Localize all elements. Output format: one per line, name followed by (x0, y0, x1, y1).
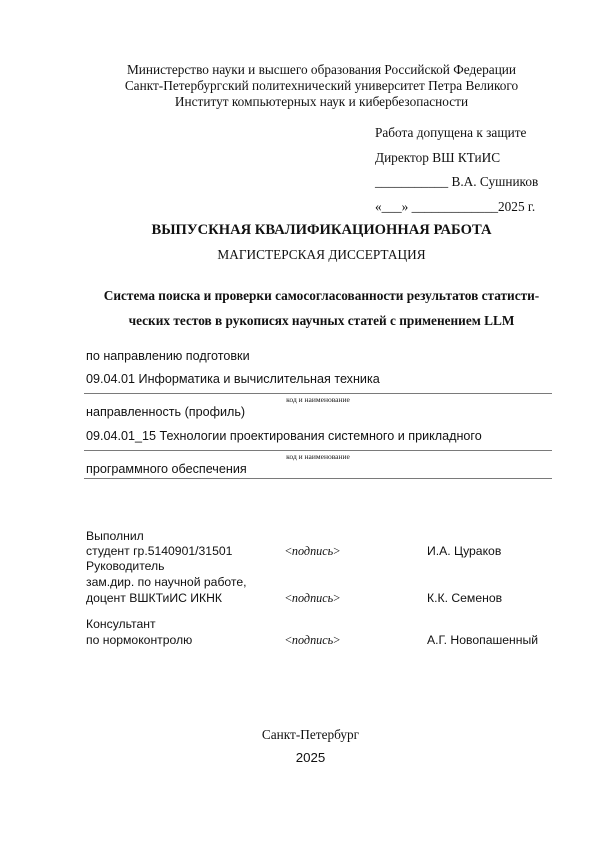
degree-subtitle: МАГИСТЕРСКАЯ ДИССЕРТАЦИЯ (24, 247, 595, 263)
consultant-role: Консультант (86, 617, 156, 632)
approval-admitted: Работа допущена к защите (375, 125, 526, 141)
performer-role: Выполнил (86, 529, 144, 544)
consultant-name: А.Г. Новопашенный (427, 633, 538, 647)
footer-year: 2025 (13, 750, 595, 765)
signature-word: подпись (292, 591, 333, 605)
footer-city: Санкт-Петербург (13, 727, 595, 743)
direction-underline (84, 393, 552, 394)
university-name: Санкт-Петербургский политехнический унив… (24, 78, 595, 94)
supervisor-name: К.К. Семенов (427, 591, 502, 605)
supervisor-position-line-2: доцент ВШКТиИС ИКНК (86, 591, 222, 606)
supervisor-position-line-1: зам.дир. по научной работе, (86, 575, 247, 590)
approval-director-signature-line: ___________ В.А. Сушников (375, 174, 538, 190)
consultant-position: по нормоконтролю (86, 633, 192, 648)
direction-caption: код и наименование (84, 395, 552, 404)
thesis-title-line-1: Система поиска и проверки самосогласован… (24, 288, 595, 304)
angle-open: < (285, 633, 292, 647)
angle-close: > (333, 633, 340, 647)
supervisor-role: Руководитель (86, 559, 165, 574)
performer-name: И.А. Цураков (427, 544, 501, 558)
profile-value-line-1: 09.04.01_15 Технологии проектирования си… (86, 429, 482, 443)
supervisor-signature-placeholder: <подпись> (285, 591, 340, 606)
profile-value-line-2: программного обеспечения (86, 462, 247, 476)
angle-close: > (333, 591, 340, 605)
consultant-signature-placeholder: <подпись> (285, 633, 340, 648)
angle-close: > (333, 544, 340, 558)
direction-label: по направлению подготовки (86, 349, 250, 363)
signature-word: подпись (292, 633, 333, 647)
profile-caption: код и наименование (84, 452, 552, 461)
angle-open: < (285, 544, 292, 558)
direction-value: 09.04.01 Информатика и вычислительная те… (86, 372, 380, 386)
profile-underline-1 (84, 450, 552, 451)
institute-name: Институт компьютерных наук и кибербезопа… (24, 94, 595, 110)
approval-date-line: «___» _____________2025 г. (375, 199, 535, 215)
signature-word: подпись (292, 544, 333, 558)
performer-signature-placeholder: <подпись> (285, 544, 340, 559)
ministry-name: Министерство науки и высшего образования… (24, 62, 595, 78)
profile-underline-2 (84, 478, 552, 479)
angle-open: < (285, 591, 292, 605)
work-type-title: ВЫПУСКНАЯ КВАЛИФИКАЦИОННАЯ РАБОТА (24, 222, 595, 239)
profile-label: направленность (профиль) (86, 405, 245, 419)
thesis-title-line-2: ческих тестов в рукописях научных статей… (24, 313, 595, 329)
performer-position: студент гр.5140901/31501 (86, 544, 232, 559)
approval-director-title: Директор ВШ КТиИС (375, 150, 500, 166)
